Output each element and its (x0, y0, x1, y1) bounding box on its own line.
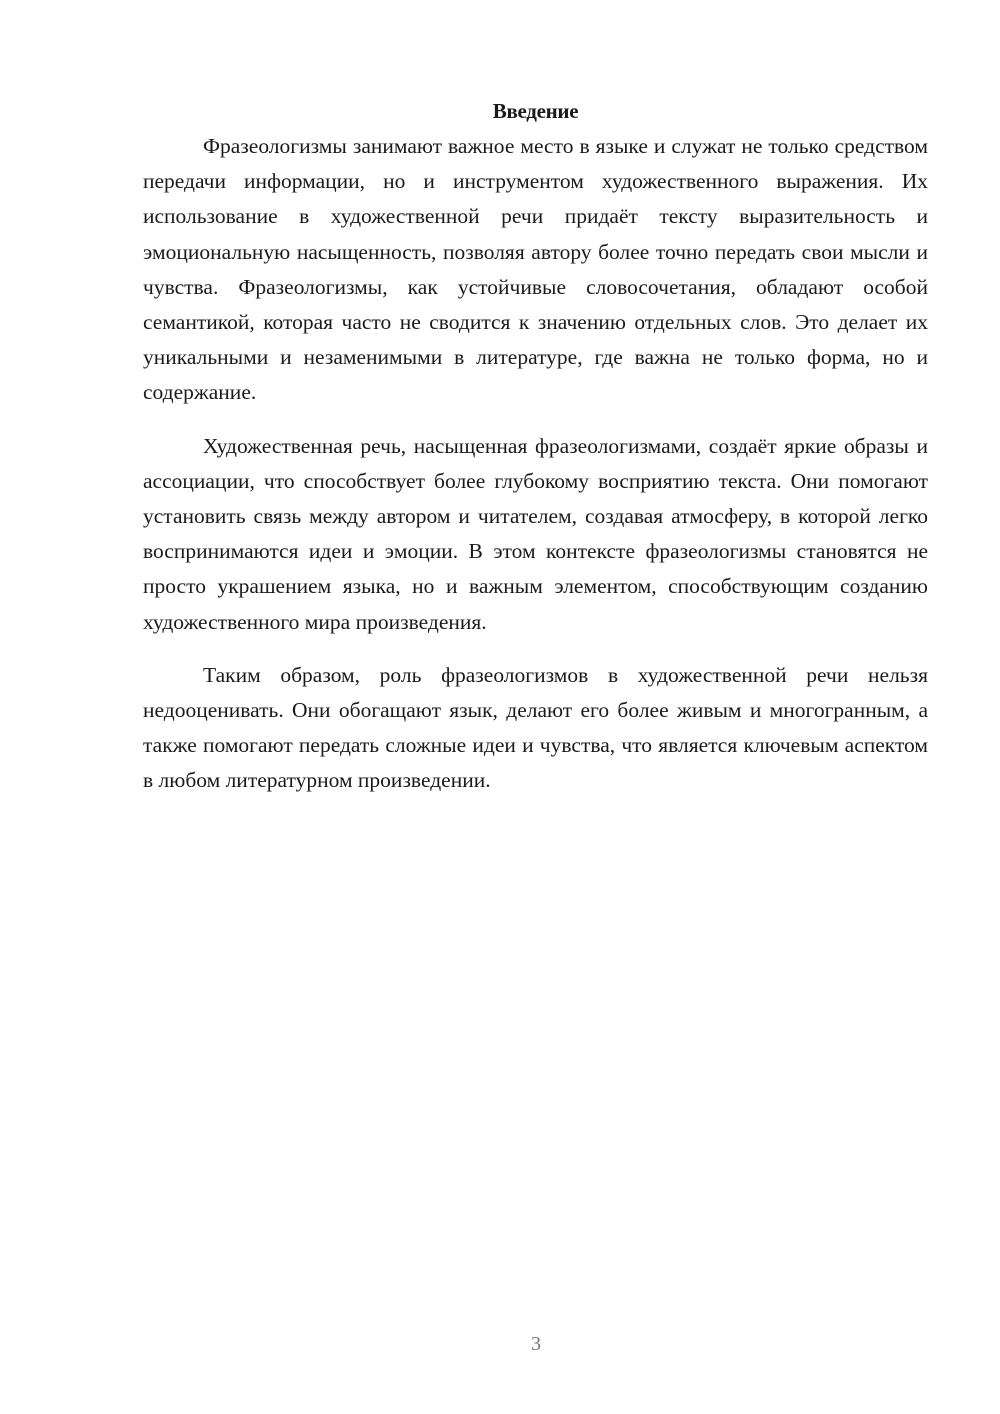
paragraph-1: Фразеологизмы занимают важное место в яз… (143, 129, 928, 411)
paragraph-2: Художественная речь, насыщенная фразеоло… (143, 429, 928, 640)
section-title: Введение (143, 94, 928, 129)
document-page: Введение Фразеологизмы занимают важное м… (0, 0, 1000, 1414)
paragraph-3: Таким образом, роль фразеологизмов в худ… (143, 658, 928, 799)
page-content: Введение Фразеологизмы занимают важное м… (143, 94, 928, 799)
page-number: 3 (0, 1333, 1000, 1356)
